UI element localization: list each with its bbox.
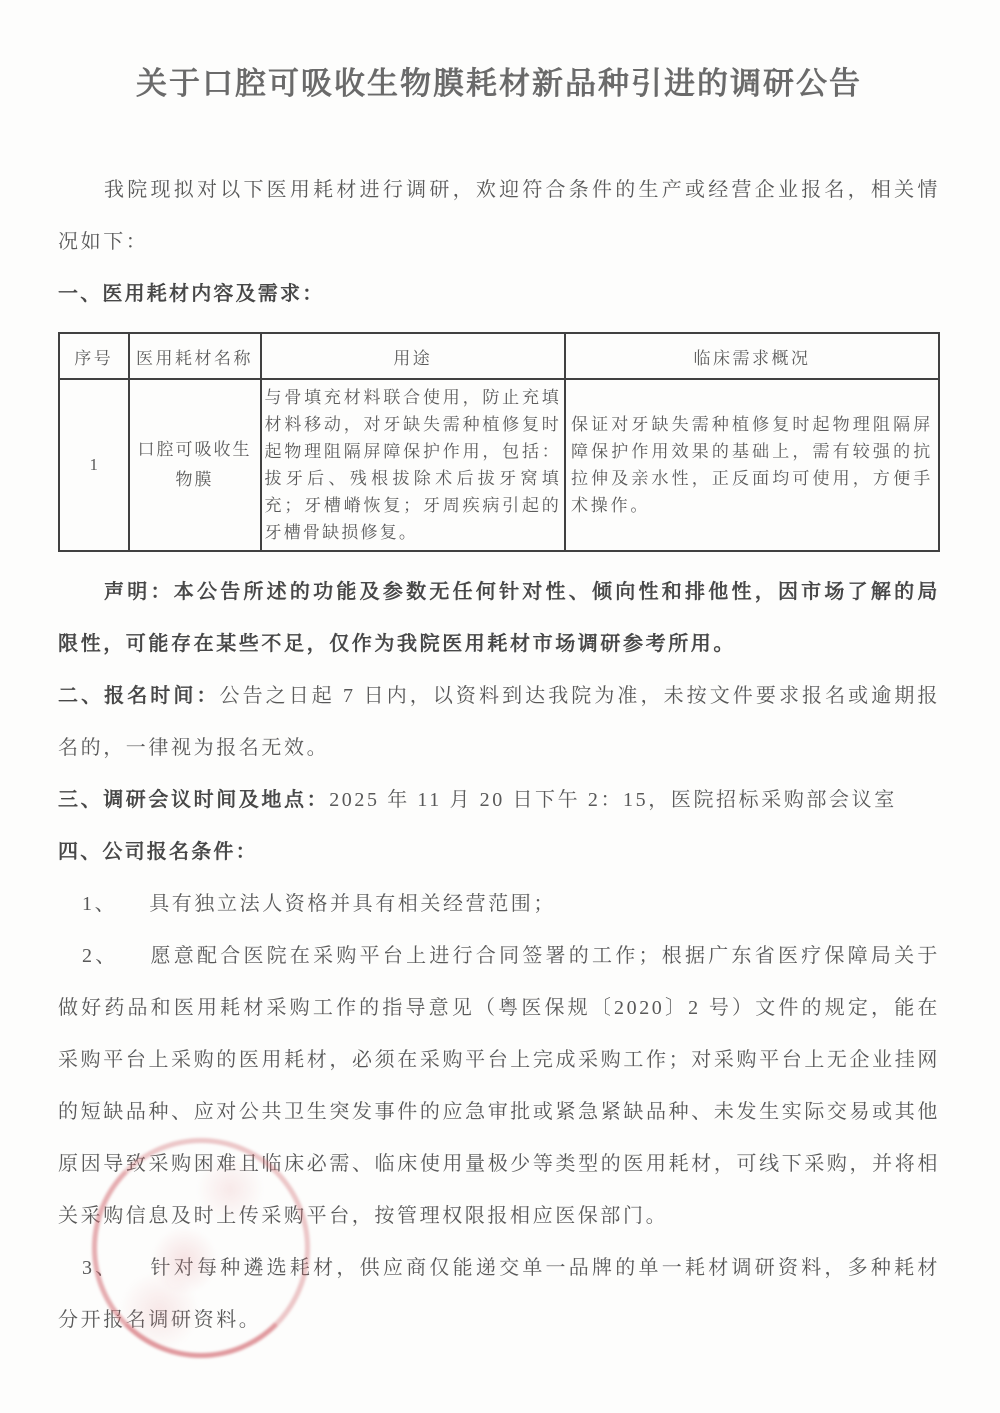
condition-item-3-text: 针对每种遴选耗材，供应商仅能递交单一品牌的单一耗材调研资料，多种耗材分开报名调研… — [58, 1257, 940, 1331]
condition-item-3-number: 3、 — [82, 1257, 118, 1279]
condition-item-2-text: 愿意配合医院在采购平台上进行合同签署的工作；根据广东省医疗保障局关于做好药品和医… — [58, 945, 940, 1227]
consumables-table: 序号 医用耗材名称 用途 临床需求概况 1 口腔可吸收生物膜 与骨填充材料联合使… — [58, 332, 940, 552]
condition-item-1-number: 1、 — [82, 893, 117, 915]
column-header-clinical: 临床需求概况 — [565, 333, 939, 379]
section4-heading: 四、公司报名条件： — [58, 826, 940, 878]
column-header-name: 医用耗材名称 — [129, 333, 261, 379]
cell-clinical: 保证对牙缺失需种植修复时起物理阻隔屏障保护作用效果的基础上，需有较强的抗拉伸及亲… — [565, 379, 939, 551]
section3-paragraph: 三、调研会议时间及地点：2025 年 11 月 20 日下午 2：15，医院招标… — [58, 774, 940, 826]
condition-item-2-number: 2、 — [82, 945, 118, 967]
section2-paragraph: 二、报名时间：公告之日起 7 日内，以资料到达我院为准，未按文件要求报名或逾期报… — [58, 670, 940, 774]
statement-label: 声明： — [104, 581, 174, 603]
condition-item-1: 1、具有独立法人资格并具有相关经营范围； — [58, 878, 940, 930]
section3-label: 三、调研会议时间及地点： — [58, 789, 329, 811]
cell-seq: 1 — [59, 379, 129, 551]
document-page: 关于口腔可吸收生物膜耗材新品种引进的调研公告 我院现拟对以下医用耗材进行调研，欢… — [0, 0, 1000, 1413]
section2-label: 二、报名时间： — [58, 685, 220, 707]
document-title: 关于口腔可吸收生物膜耗材新品种引进的调研公告 — [58, 62, 940, 106]
cell-name: 口腔可吸收生物膜 — [129, 379, 261, 551]
column-header-usage: 用途 — [261, 333, 565, 379]
condition-item-3: 3、针对每种遴选耗材，供应商仅能递交单一品牌的单一耗材调研资料，多种耗材分开报名… — [58, 1242, 940, 1346]
section1-heading: 一、医用耗材内容及需求： — [58, 268, 940, 320]
column-header-seq: 序号 — [59, 333, 129, 379]
statement-paragraph: 声明：本公告所述的功能及参数无任何针对性、倾向性和排他性，因市场了解的局限性，可… — [58, 566, 940, 670]
condition-item-1-text: 具有独立法人资格并具有相关经营范围； — [149, 893, 556, 915]
table-row: 1 口腔可吸收生物膜 与骨填充材料联合使用，防止充填材料移动，对牙缺失需种植修复… — [59, 379, 939, 551]
table-header-row: 序号 医用耗材名称 用途 临床需求概况 — [59, 333, 939, 379]
condition-item-2: 2、愿意配合医院在采购平台上进行合同签署的工作；根据广东省医疗保障局关于做好药品… — [58, 930, 940, 1242]
intro-paragraph: 我院现拟对以下医用耗材进行调研，欢迎符合条件的生产或经营企业报名，相关情况如下： — [58, 164, 940, 268]
statement-text: 本公告所述的功能及参数无任何针对性、倾向性和排他性，因市场了解的局限性，可能存在… — [58, 581, 940, 655]
cell-usage: 与骨填充材料联合使用，防止充填材料移动，对牙缺失需种植修复时起物理阻隔屏障保护作… — [261, 379, 565, 551]
section3-text: 2025 年 11 月 20 日下午 2：15，医院招标采购部会议室 — [329, 789, 897, 811]
